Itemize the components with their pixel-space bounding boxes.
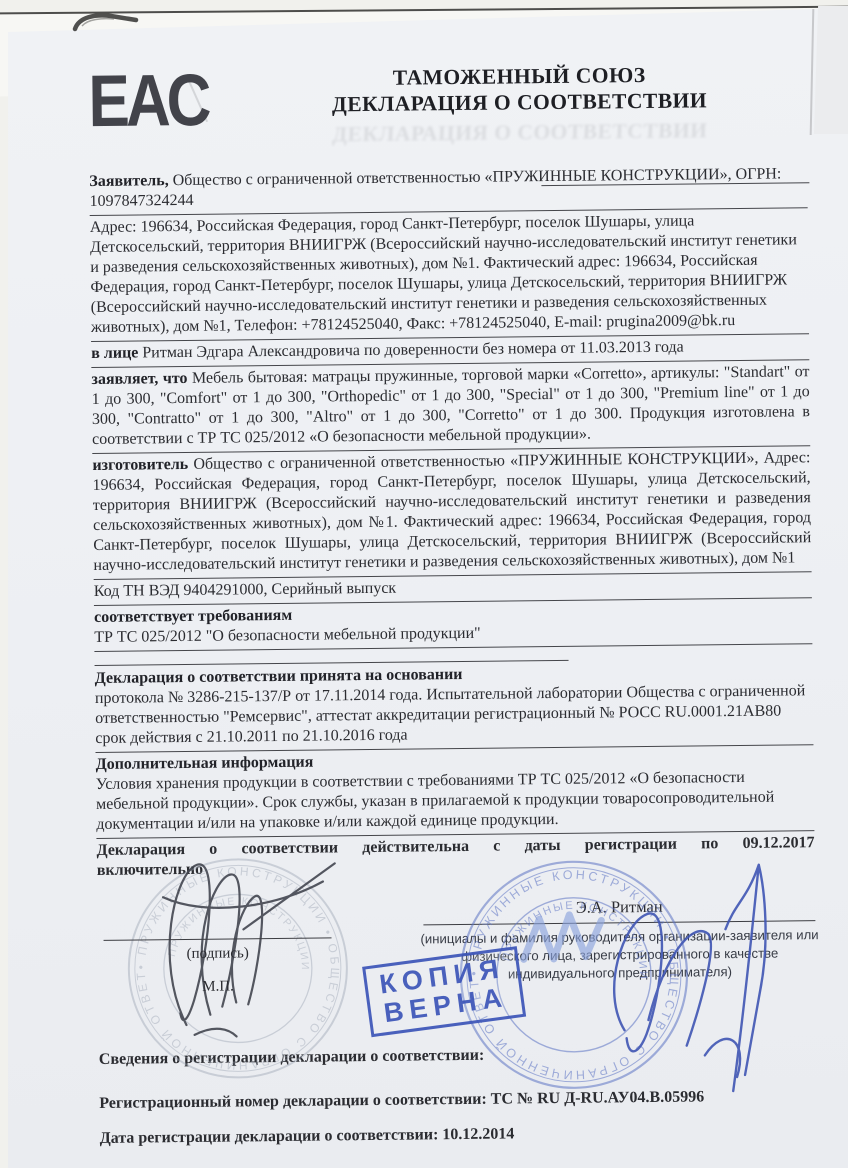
head-name-caption: (инициалы и фамилия руководителя организ… <box>419 926 820 984</box>
eac-logo: EAC <box>88 65 199 139</box>
title-scan-ghost: ДЕКЛАРАЦИЯ О СООТВЕТСТВИИ <box>232 116 807 148</box>
back-sheet-corner <box>814 6 848 134</box>
scanned-document: EAC ТАМОЖЕННЫЙ СОЮЗ ДЕКЛАРАЦИЯ О СООТВЕТ… <box>0 0 848 1168</box>
section-manufacturer: изготовитель Общество с ограниченной отв… <box>92 446 811 580</box>
manufacturer-label: изготовитель <box>92 456 188 474</box>
head-name-line <box>423 920 815 925</box>
tnved-value: Код ТН ВЭД 9404291000, Серийный выпуск <box>94 580 397 600</box>
document-header: EAC ТАМОЖЕННЫЙ СОЮЗ ДЕКЛАРАЦИЯ О СООТВЕТ… <box>88 50 807 150</box>
applicant-value: Общество с ограниченной ответственностью… <box>89 166 781 210</box>
copy-stamp-line-1: КОПИЯ <box>378 954 506 999</box>
svg-text:ПРУЖИННЫЕ КОНСТРУКЦИИ: ПРУЖИННЫЕ КОНСТРУКЦИИ <box>500 899 649 983</box>
address-value: Адрес: 196634, Российская Федерация, гор… <box>90 212 797 336</box>
manufacturer-value: Общество с ограниченной ответственностью… <box>93 449 812 574</box>
svg-text:• ПРУЖИННЫЕ КОНСТРУКЦИИ • ОБЩЕ: • ПРУЖИННЫЕ КОНСТРУКЦИИ • ОБЩЕСТВО С ОГР… <box>121 851 344 1074</box>
stamp-place-label: М.П. <box>104 975 332 997</box>
basis-value: протокола № 3286-215-137/Р от 17.11.2014… <box>95 681 814 749</box>
applicant-label: Заявитель, <box>89 172 169 190</box>
registration-info-label: Сведения о регистрации декларации о соот… <box>99 1042 817 1070</box>
section-validity: Декларация о соответствии действительна … <box>96 831 814 884</box>
director-signature-icon <box>495 838 798 1111</box>
signature-caption: (подпись) <box>104 942 332 964</box>
head-name: Э.А. Ритман <box>423 895 815 919</box>
section-meets: соответствует требованиям ТР ТС 025/2012… <box>94 598 812 652</box>
registration-number: Регистрационный номер декларации о соотв… <box>99 1086 817 1114</box>
representative-value: Ритман Эдгара Александровича по доверенн… <box>142 339 684 362</box>
signature-zone: • ПРУЖИННЫЕ КОНСТРУКЦИИ • ОБЩЕСТВО С ОГР… <box>97 880 817 1046</box>
section-address: Адрес: 196634, Российская Федерация, гор… <box>90 208 809 342</box>
document-content: EAC ТАМОЖЕННЫЙ СОЮЗ ДЕКЛАРАЦИЯ О СООТВЕТ… <box>88 50 818 1149</box>
copy-stamp-line-2: ВЕРНА <box>382 983 510 1028</box>
representative-label: в лице <box>91 344 138 362</box>
section-additional: Дополнительная информация Условия хранен… <box>96 745 815 839</box>
declares-value: Мебель бытовая: матрацы пружинные, торго… <box>92 363 810 448</box>
copy-verna-stamp: КОПИЯ ВЕРНА <box>362 946 526 1037</box>
svg-text:ПРУЖИННЫЕ КОНСТРУКЦИИ: ПРУЖИННЫЕ КОНСТРУКЦИИ <box>165 895 311 974</box>
section-basis: Декларация о соответствии принята на осн… <box>95 655 814 753</box>
title-line-2: ДЕКЛАРАЦИЯ О СООТВЕТСТВИИ <box>232 86 806 118</box>
additional-value: Условия хранения продукции в соответстви… <box>96 767 815 835</box>
declares-label: заявляет, что <box>91 370 187 388</box>
section-declares: заявляет, что Мебель бытовая: матрацы пр… <box>91 360 810 454</box>
signature-line <box>104 937 332 940</box>
title-block: ТАМОЖЕННЫЙ СОЮЗ ДЕКЛАРАЦИЯ О СООТВЕТСТВИ… <box>198 50 807 149</box>
section-applicant: Заявитель, Общество с ограниченной ответ… <box>89 162 807 216</box>
paperclip-icon <box>70 10 142 34</box>
